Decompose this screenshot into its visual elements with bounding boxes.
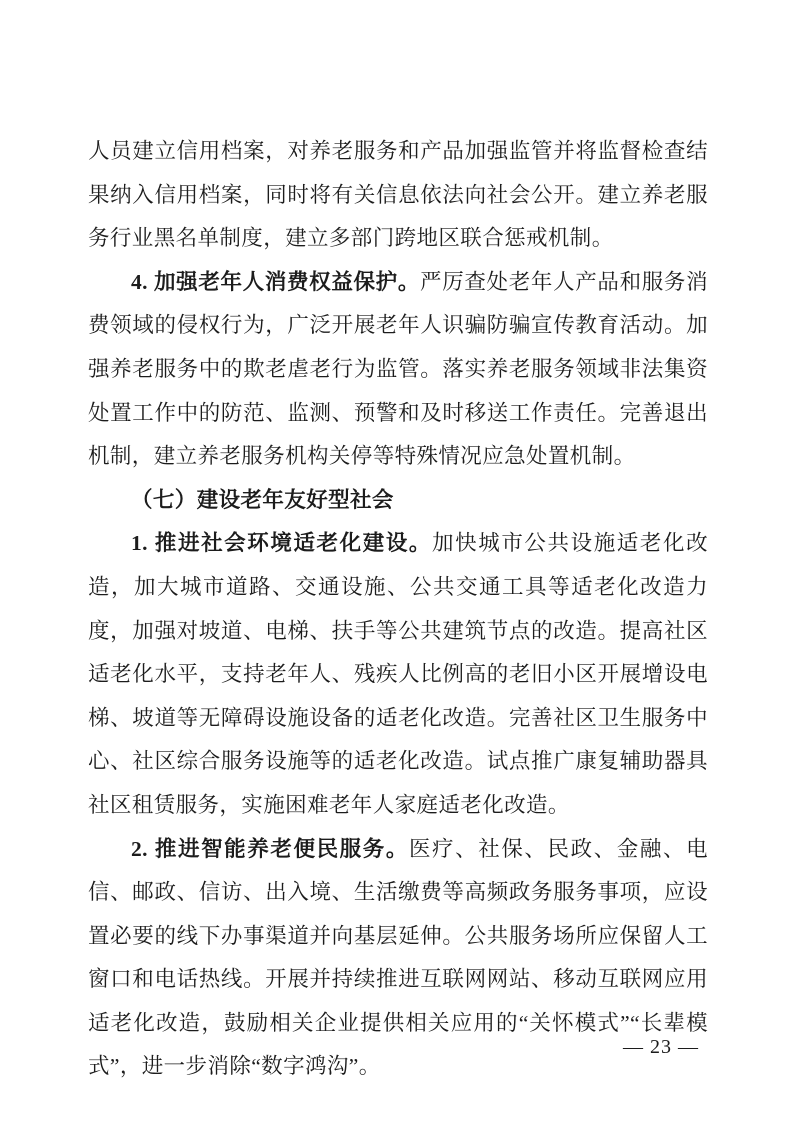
paragraph-lead: 2. 推进智能养老便民服务。 [131,837,409,861]
paragraph-text: 人员建立信用档案，对养老服务和产品加强监管并将监督检查结果纳入信用档案，同时将有… [88,139,708,250]
document-page: 人员建立信用档案，对养老服务和产品加强监管并将监督检查结果纳入信用档案，同时将有… [0,0,793,1122]
paragraph-text: 严厉查处老年人产品和服务消费领域的侵权行为，广泛开展老年人识骗防骗宣传教育活动。… [88,270,708,468]
paragraph-lead: 4. 加强老年人消费权益保护。 [131,270,420,294]
paragraph-continuation: 人员建立信用档案，对养老服务和产品加强监管并将监督检查结果纳入信用档案，同时将有… [88,130,708,261]
paragraph-item-2: 2. 推进智能养老便民服务。医疗、社保、民政、金融、电信、邮政、信访、出入境、生… [88,828,708,1090]
paragraph-text: 医疗、社保、民政、金融、电信、邮政、信访、出入境、生活缴费等高频政务服务事项，应… [88,837,708,1079]
section-heading-7: （七）建设老年友好型社会 [88,479,708,523]
paragraph-lead: 1. 推进社会环境适老化建设。 [131,531,432,555]
paragraph-item-1: 1. 推进社会环境适老化建设。加快城市公共设施适老化改造，加大城市道路、交通设施… [88,522,708,827]
paragraph-item-4: 4. 加强老年人消费权益保护。严厉查处老年人产品和服务消费领域的侵权行为，广泛开… [88,261,708,479]
page-number: — 23 — [623,1035,699,1059]
section-heading-text: （七）建设老年友好型社会 [131,488,394,512]
page-body-text: 人员建立信用档案，对养老服务和产品加强监管并将监督检查结果纳入信用档案，同时将有… [88,130,708,1089]
paragraph-text: 加快城市公共设施适老化改造，加大城市道路、交通设施、公共交通工具等适老化改造力度… [88,531,708,817]
